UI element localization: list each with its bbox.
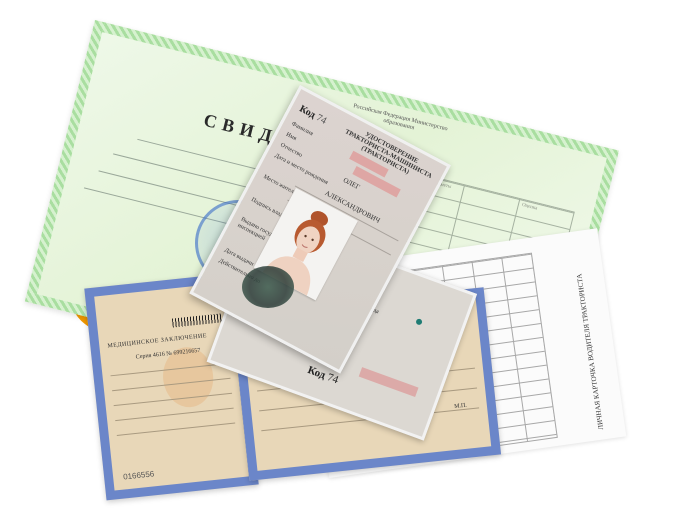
hologram-dot <box>415 318 423 326</box>
code-label: Код <box>298 103 318 120</box>
number-label: № <box>166 351 172 358</box>
table-header: Оценка <box>521 203 538 212</box>
field-name-label: Имя <box>285 132 297 142</box>
field-patronymic-value: ОЛЕГ <box>342 176 361 191</box>
hologram-seal <box>242 266 294 308</box>
code-value: 74 <box>314 112 328 126</box>
serial-label: Серия <box>135 353 151 361</box>
field-birth-label: Дата и место рождения <box>274 153 329 186</box>
license-code: Код 74 <box>298 103 329 126</box>
serial-value: 4616 <box>153 352 166 359</box>
code-value: 74 <box>326 371 340 386</box>
barcode <box>172 313 223 327</box>
code-label: Код <box>306 364 327 381</box>
form-vertical-title: ЛИЧНАЯ КАРТОЧКА ВОДИТЕЛЯ ТРАКТОРИСТА <box>572 251 605 430</box>
redacted-number <box>359 367 419 397</box>
stamp-number: 0166556 <box>123 469 155 481</box>
